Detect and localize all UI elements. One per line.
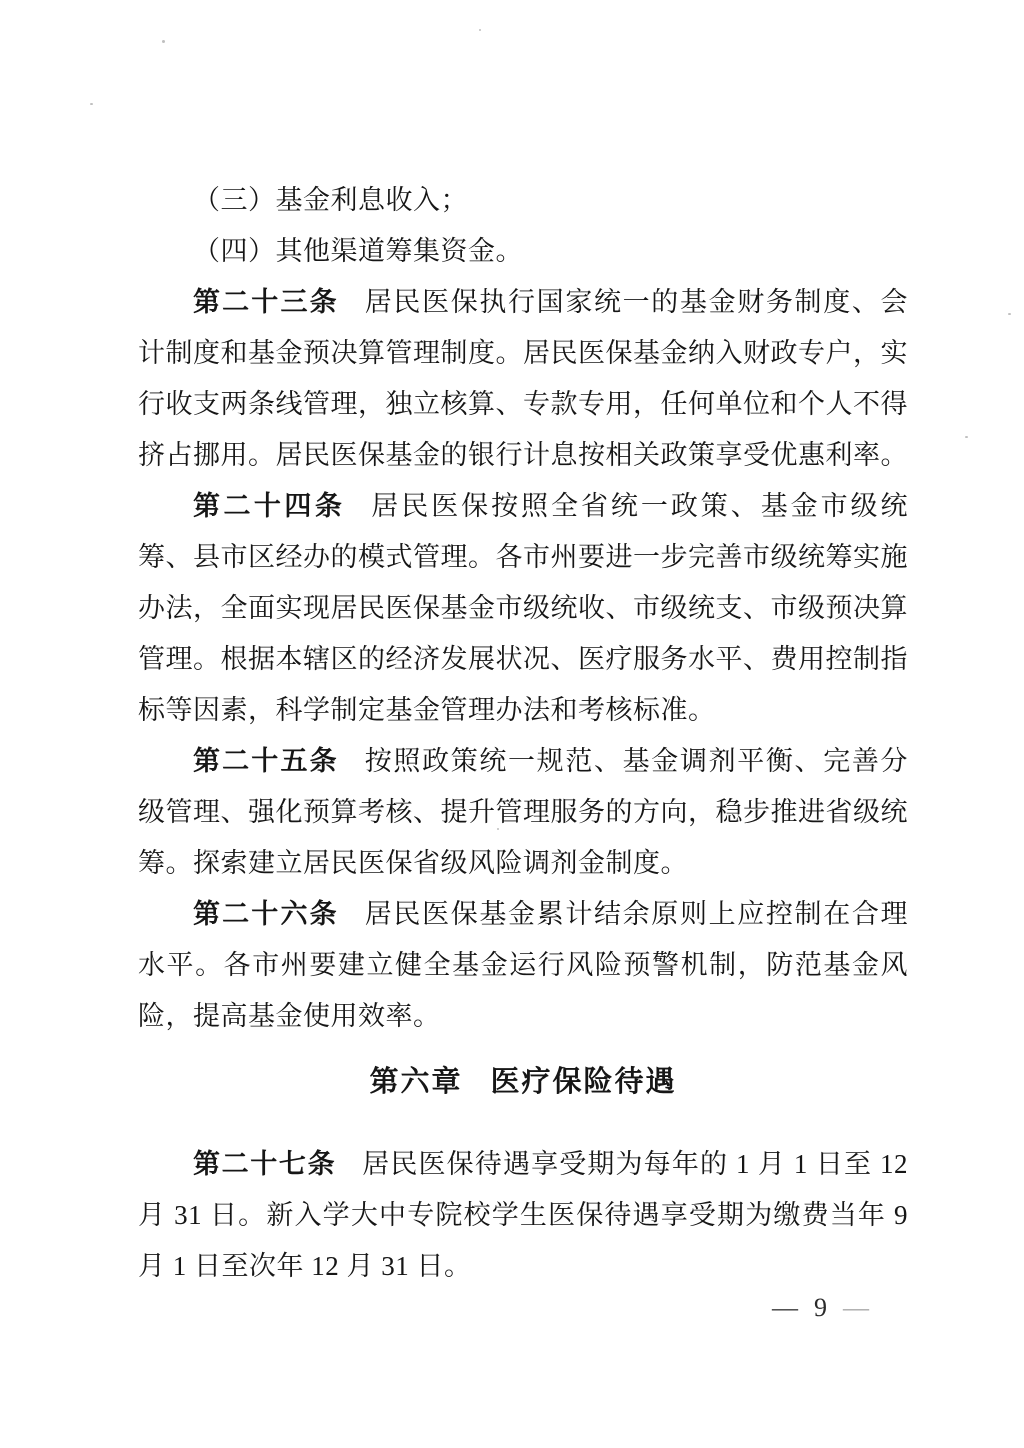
chapter-heading: 第六章医疗保险待遇 [138, 1057, 908, 1108]
scan-speck [1008, 313, 1011, 315]
article-26-label: 第二十六条 [193, 899, 339, 929]
article-23: 第二十三条居民医保执行国家统一的基金财务制度、会计制度和基金预决算管理制度。居民… [138, 277, 908, 481]
document-body: （三）基金利息收入； （四）其他渠道筹集资金。 第二十三条居民医保执行国家统一的… [138, 175, 908, 1292]
page-number: —9— [772, 1293, 869, 1323]
article-24: 第二十四条居民医保按照全省统一政策、基金市级统筹、县市区经办的模式管理。各市州要… [138, 481, 908, 736]
page-number-value: 9 [814, 1293, 827, 1322]
list-item-4: （四）其他渠道筹集资金。 [138, 226, 908, 277]
article-27-label: 第二十七条 [193, 1149, 336, 1179]
scan-speck [162, 40, 165, 43]
article-26: 第二十六条居民医保基金累计结余原则上应控制在合理水平。各市州要建立健全基金运行风… [138, 889, 908, 1042]
list-item-3: （三）基金利息收入； [138, 175, 908, 226]
scan-speck [479, 29, 481, 31]
chapter-number: 第六章 [369, 1066, 462, 1098]
page-number-dash-right: — [843, 1293, 869, 1322]
article-25-label: 第二十五条 [193, 746, 339, 776]
chapter-title: 医疗保险待遇 [491, 1066, 677, 1098]
scan-speck [965, 436, 968, 438]
article-23-label: 第二十三条 [193, 287, 339, 317]
page-number-dash-left: — [772, 1293, 798, 1322]
scan-speck [90, 103, 93, 105]
scanned-document-page: （三）基金利息收入； （四）其他渠道筹集资金。 第二十三条居民医保执行国家统一的… [0, 0, 1024, 1448]
article-27: 第二十七条居民医保待遇享受期为每年的 1 月 1 日至 12 月 31 日。新入… [138, 1139, 908, 1292]
article-24-label: 第二十四条 [193, 491, 345, 521]
article-24-text: 居民医保按照全省统一政策、基金市级统筹、县市区经办的模式管理。各市州要进一步完善… [138, 491, 908, 725]
article-25: 第二十五条按照政策统一规范、基金调剂平衡、完善分级管理、强化预算考核、提升管理服… [138, 736, 908, 889]
